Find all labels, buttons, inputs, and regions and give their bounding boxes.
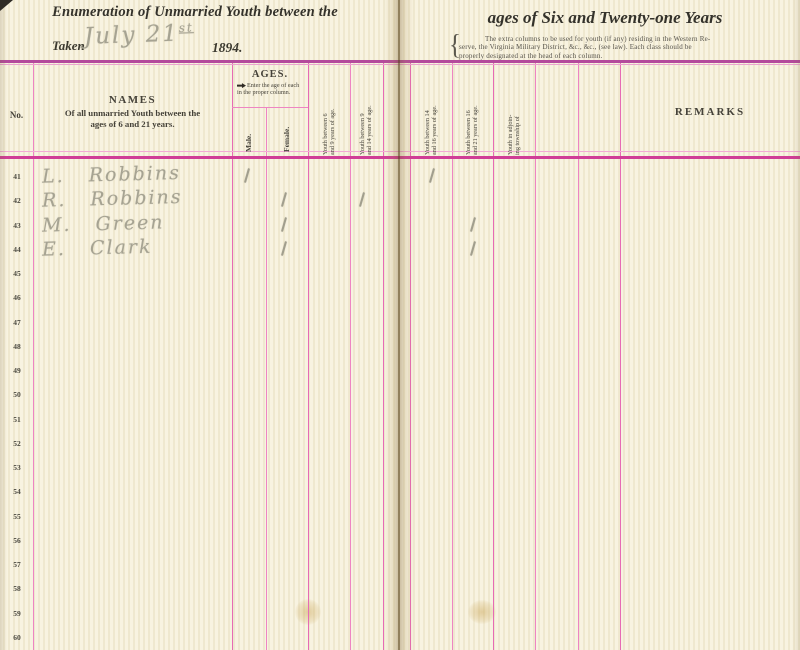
row-number: 46 bbox=[2, 294, 32, 302]
handwritten-date: July 21st bbox=[84, 20, 195, 50]
row-number: 58 bbox=[2, 585, 32, 593]
handwritten-name: R. Robbins bbox=[42, 185, 243, 212]
handwritten-name: M. Green bbox=[42, 209, 243, 236]
column-rule-youth6-9-end bbox=[350, 61, 351, 650]
youth-16-21-column-header: Youth between 16 and 21 years of age. bbox=[465, 69, 479, 155]
extra-columns-note: The extra columns to be used for youth (… bbox=[459, 35, 789, 60]
page-title-left: Enumeration of Unmarried Youth between t… bbox=[28, 4, 362, 21]
ages-note-text: Enter the age of each in the prop­er col… bbox=[237, 82, 299, 96]
pointing-hand-icon bbox=[237, 83, 246, 88]
page-right-edge-shadow bbox=[792, 0, 800, 650]
row-number: 45 bbox=[2, 270, 32, 278]
column-rule-no bbox=[33, 61, 34, 650]
adjoining-township-column-header: Youth in adjoin- ing township of bbox=[507, 69, 521, 155]
column-rule-remarks-start bbox=[620, 61, 621, 650]
handwritten-name: E. Clark bbox=[42, 233, 243, 260]
handwritten-day: 21 bbox=[145, 21, 179, 48]
tally-tick-mark-female bbox=[281, 192, 287, 207]
column-rule-adjoining-end bbox=[535, 61, 536, 650]
tally-tick-mark-youth_14_16 bbox=[429, 168, 435, 183]
row-number: 42 bbox=[2, 197, 32, 205]
no-column-header: No. bbox=[0, 110, 33, 120]
handwritten-day-suffix: st bbox=[179, 20, 194, 35]
row-number: 47 bbox=[2, 319, 32, 327]
names-column-header: NAMES bbox=[33, 94, 232, 106]
row-number: 52 bbox=[2, 440, 32, 448]
handwritten-month: July bbox=[84, 22, 137, 50]
handwritten-name: L. Robbins bbox=[42, 160, 243, 187]
row-number: 44 bbox=[2, 246, 32, 254]
column-rule-youth16-21-end bbox=[493, 61, 494, 650]
ages-header: AGES. bbox=[232, 69, 308, 80]
row-number: 48 bbox=[2, 343, 32, 351]
tally-tick-mark-male bbox=[244, 168, 250, 183]
tally-tick-mark-youth_16_21 bbox=[470, 241, 476, 256]
youth-14-16-column-header: Youth between 14 and 16 years of age. bbox=[424, 69, 438, 155]
tally-tick-mark-youth_16_21 bbox=[470, 217, 476, 232]
youth-9-14-column-header: Youth between 9 and 14 years of age. bbox=[359, 69, 373, 155]
names-column-subheader: Of all unmarried Youth between the ages … bbox=[33, 108, 232, 130]
row-number: 50 bbox=[2, 391, 32, 399]
taken-label: Taken bbox=[52, 38, 85, 54]
youth-6-9-column-header: Youth between 6 and 9 years of age. bbox=[322, 69, 336, 155]
male-column-header: Male. bbox=[244, 108, 254, 152]
year-value: 1894. bbox=[212, 40, 242, 56]
row-number: 41 bbox=[2, 173, 32, 181]
column-rule-youth14-16-end bbox=[452, 61, 453, 650]
row-number: 49 bbox=[2, 367, 32, 375]
female-column-header: Female. bbox=[282, 108, 292, 152]
tally-tick-mark-female bbox=[281, 217, 287, 232]
row-number: 53 bbox=[2, 464, 32, 472]
column-rule-male-female bbox=[266, 107, 267, 650]
row-number: 51 bbox=[2, 416, 32, 424]
book-gutter bbox=[384, 0, 414, 650]
remarks-column-header: REMARKS bbox=[620, 106, 800, 118]
row-number: 54 bbox=[2, 488, 32, 496]
ledger-page-scan: Enumeration of Unmarried Youth between t… bbox=[0, 0, 800, 650]
page-title-right: ages of Six and Twenty-one Years bbox=[438, 8, 772, 28]
row-number: 55 bbox=[2, 513, 32, 521]
gutter-crease bbox=[398, 0, 400, 650]
row-number: 57 bbox=[2, 561, 32, 569]
row-number: 60 bbox=[2, 634, 32, 642]
tally-tick-mark-female bbox=[281, 241, 287, 256]
column-rule-names bbox=[232, 61, 233, 650]
column-rule-female-end bbox=[308, 61, 309, 650]
paper-stain bbox=[468, 600, 496, 624]
row-number: 59 bbox=[2, 610, 32, 618]
row-number: 56 bbox=[2, 537, 32, 545]
ages-note: Enter the age of each in the prop­er col… bbox=[237, 82, 303, 96]
column-rule-extra1-end bbox=[578, 61, 579, 650]
tally-tick-mark-youth_9_14 bbox=[359, 192, 365, 207]
row-number: 43 bbox=[2, 222, 32, 230]
